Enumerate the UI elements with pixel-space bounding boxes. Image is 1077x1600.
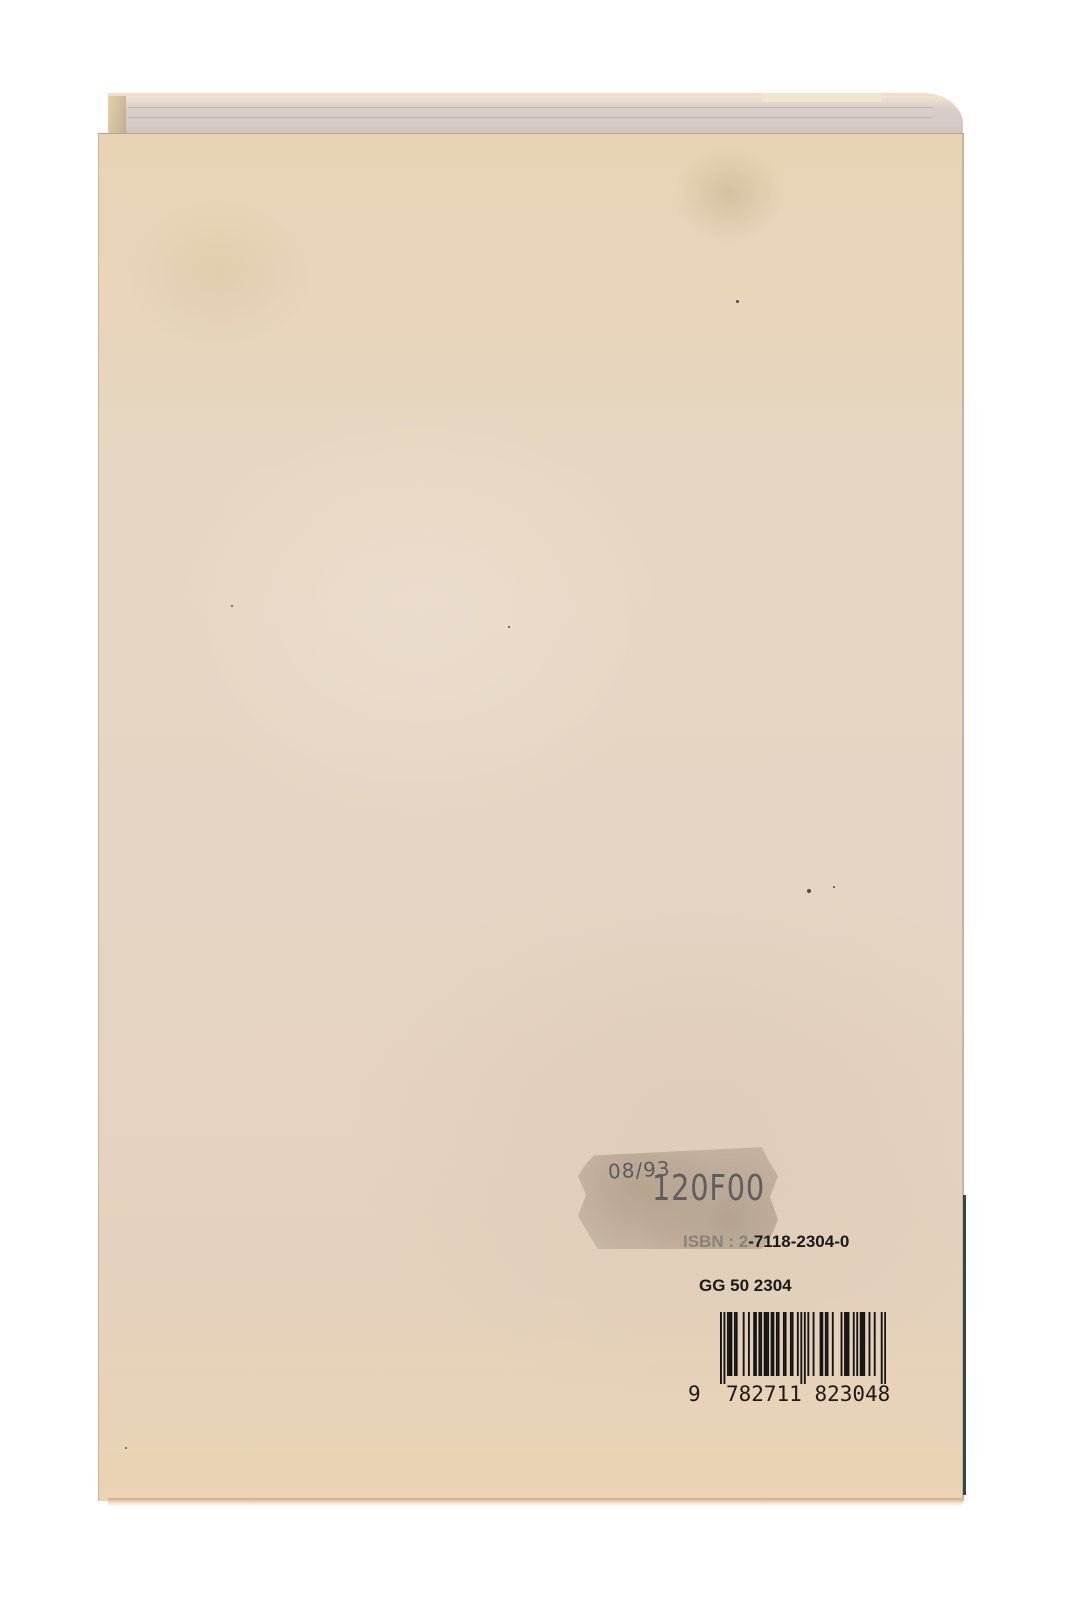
barcode-left-group: 782711	[726, 1382, 802, 1406]
isbn-line: ISBN : 2-7118-2304-0	[683, 1232, 849, 1252]
speck	[736, 300, 739, 303]
barcode-digits: 9 782711 823048	[688, 1382, 898, 1406]
speck	[807, 889, 811, 893]
page-line	[128, 107, 933, 108]
isbn-prefix: ISBN : 2	[683, 1232, 748, 1251]
barcode	[720, 1312, 886, 1382]
speck	[125, 1447, 127, 1449]
bottom-fold-edge	[108, 1498, 963, 1506]
barcode-bars	[720, 1312, 886, 1384]
book-back-cover: 08/93 120F00 ISBN : 2-7118-2304-0 GG 50 …	[0, 0, 1077, 1600]
jacket-flap-left	[108, 96, 126, 134]
speck	[231, 605, 233, 607]
catalog-code: GG 50 2304	[699, 1276, 792, 1296]
page-line	[128, 117, 933, 118]
isbn-number: -7118-2304-0	[748, 1232, 849, 1251]
sticker-price: 120F00	[652, 1168, 765, 1209]
speck	[508, 626, 510, 628]
speck	[833, 886, 835, 888]
barcode-first-digit: 9	[688, 1382, 701, 1406]
page-block-top-edge	[108, 93, 963, 138]
cover-surface	[98, 133, 964, 1501]
green-spine-edge	[963, 1195, 966, 1495]
jacket-fold-tab	[761, 93, 881, 102]
barcode-right-group: 823048	[814, 1382, 890, 1406]
